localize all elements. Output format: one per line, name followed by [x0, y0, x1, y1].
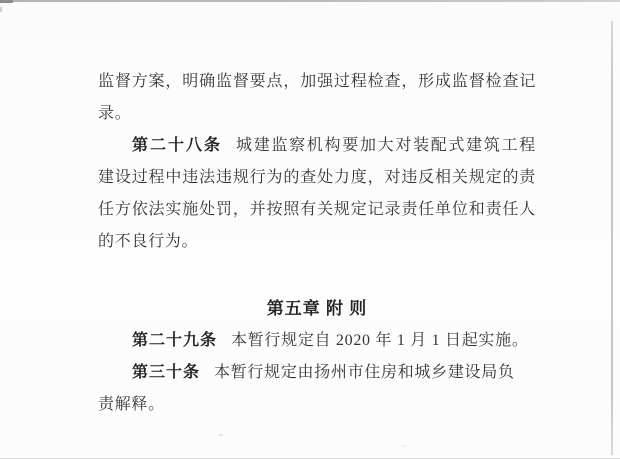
- scan-artifact-smudge: [402, 445, 407, 447]
- article-30-line-1: 第三十条本暂行规定由扬州市住房和城乡建设局负: [98, 357, 536, 389]
- article-28-term: 第二十八条: [132, 137, 222, 154]
- document-body: 监督方案，明确监督要点，加强过程检查，形成监督检查记 录。 第二十八条城建监察机…: [98, 66, 536, 421]
- article-29-term: 第二十九条: [132, 332, 217, 349]
- article-29-text: 本暂行规定自 2020 年 1 月 1 日起实施。: [231, 332, 529, 349]
- article-28-line-1-text: 城建监察机构要加大对装配式建筑工程: [236, 137, 536, 154]
- intro-paragraph-line-1: 监督方案，明确监督要点，加强过程检查，形成监督检查记: [98, 66, 536, 98]
- intro-paragraph-line-2: 录。: [98, 98, 536, 130]
- article-30-term: 第三十条: [132, 364, 200, 381]
- article-28-line-4: 的不良行为。: [98, 226, 536, 258]
- article-28-line-3: 任方依法实施处罚，并按照有关规定记录责任单位和责任人: [98, 194, 536, 226]
- article-30-line-1-text: 本暂行规定由扬州市住房和城乡建设局负: [214, 364, 515, 381]
- page-right-edge-line: [611, 21, 613, 455]
- chapter-5-heading: 第五章 附 则: [98, 293, 536, 325]
- article-28-line-1: 第二十八条城建监察机构要加大对装配式建筑工程: [98, 130, 536, 162]
- scanned-page: 监督方案，明确监督要点，加强过程检查，形成监督检查记 录。 第二十八条城建监察机…: [0, 0, 620, 459]
- article-29-line: 第二十九条本暂行规定自 2020 年 1 月 1 日起实施。: [98, 325, 536, 357]
- article-28-line-2: 建设过程中违法违规行为的查处力度，对违反相关规定的责: [98, 162, 536, 194]
- article-30-line-2: 责解释。: [98, 389, 536, 421]
- page-top-edge-line: [0, 0, 620, 2]
- scan-artifact-smudge: [219, 434, 223, 436]
- page-top-edge-dark-mark: [0, 0, 13, 3]
- scan-artifact-left-notch: [0, 7, 2, 12]
